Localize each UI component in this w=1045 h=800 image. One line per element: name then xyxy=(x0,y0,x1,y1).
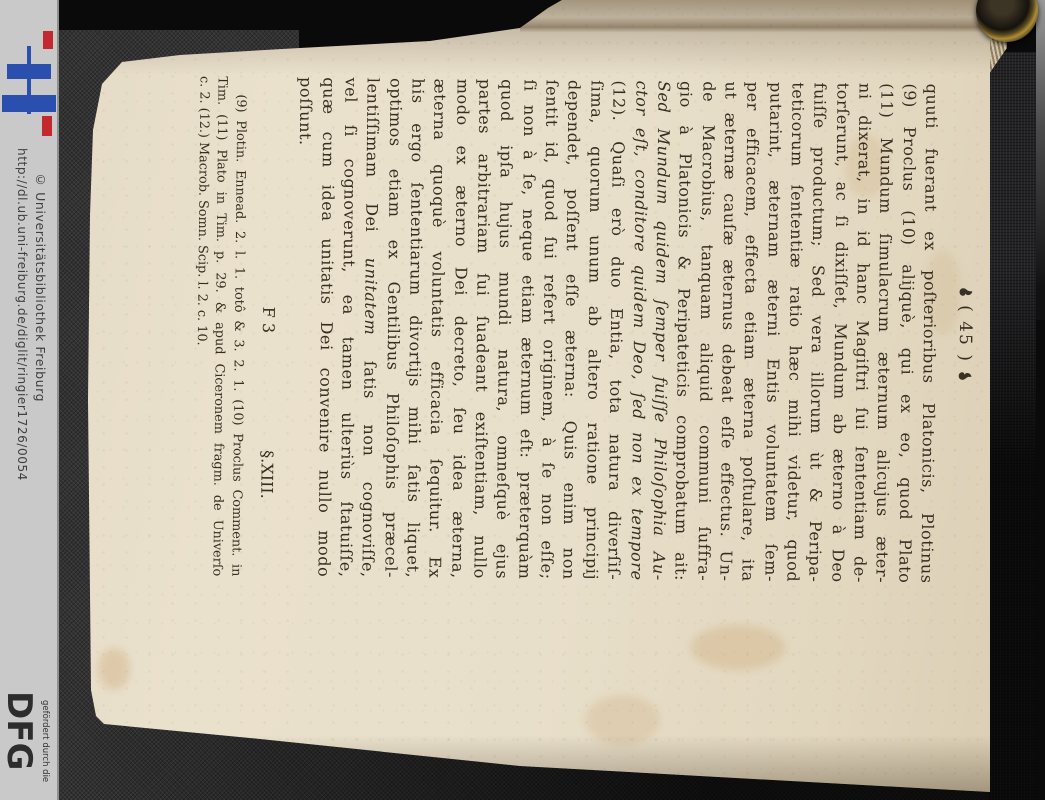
registration-blue-bar xyxy=(2,95,56,112)
stage-edge-strip xyxy=(1036,0,1045,320)
book-page: ( 45 ) quuti fuerant ex poſterioribus Pl… xyxy=(0,0,1045,800)
registration-blue-bar xyxy=(7,64,51,79)
registration-red-patch xyxy=(42,116,52,136)
registration-red-patch xyxy=(43,31,53,49)
metadata-sidebar: http://dl.ub.uni-freiburg.de/diglit/ring… xyxy=(0,0,59,800)
catchword: §.XIII. xyxy=(257,450,277,499)
footnotes: (9) Plotin. Ennead. 2. l. 1. totô & 3. 2… xyxy=(189,76,250,577)
source-url-text: http://dl.ub.uni-freiburg.de/diglit/ring… xyxy=(15,148,29,481)
page-header: ( 45 ) xyxy=(946,84,977,584)
fleuron-icon xyxy=(957,285,974,298)
page-body: quuti fuerant ex poſterioribus Platonici… xyxy=(289,77,942,584)
dfg-logo-caption: gefördert durch die xyxy=(40,700,50,782)
fleuron-icon xyxy=(956,370,973,383)
book-strap xyxy=(988,52,1036,800)
signature-line: F 3 §.XIII. xyxy=(253,77,280,577)
signature-mark: F 3 xyxy=(259,307,278,334)
page-number: ( 45 ) xyxy=(955,305,976,363)
page-text-block: ( 45 ) quuti fuerant ex poſterioribus Pl… xyxy=(182,76,977,584)
copyright-text: © Universitätsbibliothek Freiburg xyxy=(33,172,48,402)
dfg-logo-text: DFG xyxy=(2,691,36,770)
scan-viewer: ( 45 ) quuti fuerant ex poſterioribus Pl… xyxy=(0,0,1045,800)
